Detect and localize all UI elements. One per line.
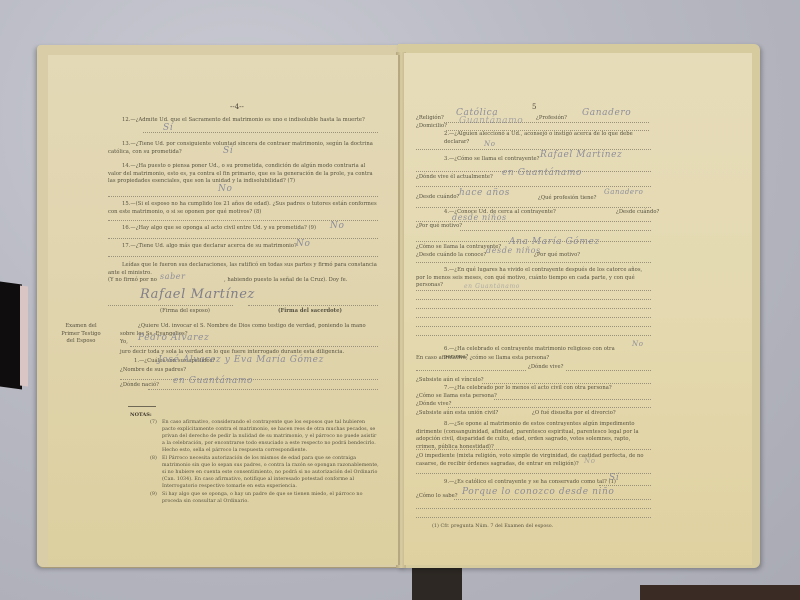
answer-line bbox=[416, 335, 651, 336]
question-5: 5.—¿En qué lugares ha vivido el contraye… bbox=[416, 267, 651, 290]
answer-line bbox=[416, 326, 651, 327]
since-label-2: ¿Desde cuándo? bbox=[616, 209, 659, 217]
impediment-answer: No bbox=[584, 457, 596, 465]
groom-signature: Rafael Martínez bbox=[140, 287, 255, 302]
answer-6: No bbox=[632, 340, 644, 348]
answer-line bbox=[448, 407, 651, 408]
bond-label: ¿Subsiste aún el vínculo? bbox=[416, 377, 484, 385]
answer-line bbox=[482, 383, 651, 384]
religion-label: ¿Religión? bbox=[416, 115, 444, 123]
question-17: 17.—¿Tiene Ud. algo más que declarar ace… bbox=[122, 243, 322, 251]
priest-signature-label: (Firma del sacerdote) bbox=[278, 308, 342, 316]
since-label: ¿Desde cuándo? bbox=[416, 194, 459, 202]
answer-line bbox=[108, 196, 378, 197]
birthplace-answer: en Guantánamo bbox=[173, 376, 253, 386]
civil-where-label: ¿Dónde vive? bbox=[416, 401, 451, 409]
answer-line bbox=[416, 449, 651, 450]
notes-title: NOTAS: bbox=[130, 412, 152, 418]
parents-answer: José Álvarez y Eva María Gómez bbox=[158, 355, 368, 366]
answer-line bbox=[416, 186, 651, 187]
answer-line bbox=[416, 317, 651, 318]
impediment-question: ¿O impediente (mixta religión, voto simp… bbox=[416, 453, 651, 468]
note-text: El Párroco necesita autorización de los … bbox=[162, 455, 380, 490]
residence-answer: en Guantánamo bbox=[502, 168, 582, 178]
closing-text-2: (Y no firmó por no bbox=[108, 277, 157, 285]
right-page: 5 ¿Religión? Católica ¿Profesión? Ganade… bbox=[404, 53, 752, 565]
answer-line bbox=[416, 370, 526, 371]
since-answer: hace años bbox=[459, 188, 510, 198]
parents-label: ¿Nombre de sus padres? bbox=[120, 367, 186, 375]
answer-line bbox=[108, 238, 378, 239]
why-label: ¿Por qué motivo? bbox=[534, 252, 580, 260]
answer-line bbox=[416, 207, 651, 208]
answer-2: No bbox=[484, 140, 496, 148]
how-know-answer: Porque lo conozco desde niño bbox=[462, 487, 652, 497]
know-since-label: ¿Desde cuándo la conoce? bbox=[416, 252, 486, 260]
note-mark: (9) bbox=[150, 491, 157, 499]
answer-9: Sí bbox=[609, 473, 619, 483]
closing-text: Leídas que le fueron sus declaraciones, … bbox=[108, 262, 378, 277]
profession-answer: Ganadero bbox=[582, 108, 631, 118]
domicile-answer: Guantánamo bbox=[459, 116, 523, 126]
domicile-label: ¿Domicilio? bbox=[416, 123, 447, 131]
question-3: 3.—¿Cómo se llama el contrayente? bbox=[444, 156, 540, 164]
question-9: 9.—¿Es católico el contrayente y se ha c… bbox=[444, 479, 616, 487]
civil-person-label: ¿Cómo se llama esta persona? bbox=[416, 393, 497, 401]
answer-line bbox=[130, 346, 378, 347]
binding-spine bbox=[412, 568, 462, 600]
answer-line bbox=[143, 132, 378, 133]
witness-name: Pedro Álvarez bbox=[138, 333, 209, 343]
note-text: Si hay algo que se oponga, o hay un padr… bbox=[162, 491, 380, 505]
divorce-label: ¿O fué disuelta por el divorcio? bbox=[532, 410, 616, 418]
civil-union-label: ¿Subsiste aún esta unión civil? bbox=[416, 410, 498, 418]
answer-line bbox=[416, 299, 651, 300]
answer-line bbox=[460, 230, 651, 231]
answer-line bbox=[416, 308, 651, 309]
dark-object bbox=[0, 281, 22, 389]
answer-line bbox=[148, 389, 378, 390]
know-since-answer: desde niños bbox=[486, 246, 541, 255]
person-name-label: En caso afirmativo, ¿cómo se llama esta … bbox=[416, 355, 549, 363]
answer-line bbox=[599, 485, 651, 486]
page-number: --4-- bbox=[230, 103, 244, 111]
answer-3: Rafael Martínez bbox=[540, 150, 622, 160]
answer-13: Sí bbox=[223, 146, 233, 156]
answer-14: No bbox=[218, 184, 233, 194]
how-know-label: ¿Cómo lo sabe? bbox=[416, 493, 458, 501]
answer-line bbox=[416, 508, 651, 509]
note-mark: (7) bbox=[150, 419, 157, 427]
signature-line bbox=[248, 305, 378, 306]
question-13: 13.—¿Tiene Ud. por consiguiente voluntad… bbox=[108, 141, 378, 156]
note-mark: (8) bbox=[150, 455, 157, 463]
job-label: ¿Qué profesión tiene? bbox=[538, 195, 597, 203]
answer-17: No bbox=[296, 239, 311, 249]
pink-edge bbox=[20, 285, 28, 386]
signature-line bbox=[108, 305, 233, 306]
left-page: --4-- 12.—¿Admite Ud. que el Sacramento … bbox=[48, 55, 400, 565]
question-2: 2.—¿Alguien aleccionó a Ud., aconsejó o … bbox=[444, 131, 654, 146]
answer-line bbox=[108, 256, 378, 257]
answer-line bbox=[416, 517, 651, 518]
question-14: 14.—¿Ha puesto o piensa poner Ud., o su … bbox=[108, 163, 378, 186]
reason-label: ¿Por qué motivo? bbox=[416, 223, 462, 231]
answer-line bbox=[416, 221, 651, 222]
answer-12: Sí bbox=[163, 123, 173, 133]
job-answer: Ganadero bbox=[604, 188, 643, 196]
answer-16: No bbox=[330, 221, 345, 231]
answer-line bbox=[566, 370, 651, 371]
answer-5: en Guantánamo bbox=[464, 283, 520, 290]
question-15: 15.—(Si el esposo no ha cumplido los 21 … bbox=[108, 201, 378, 216]
groom-signature-label: (Firma del esposo) bbox=[160, 308, 210, 316]
closing-text-3: , habiendo puesto la señal de la Cruz). … bbox=[224, 277, 384, 285]
question-7: 7.—¿Ha celebrado por lo menos el acto ci… bbox=[444, 385, 612, 393]
question-12: 12.—¿Admite Ud. que el Sacramento del ma… bbox=[108, 117, 378, 125]
answer-line bbox=[416, 262, 651, 263]
residence-label: ¿Dónde vive él actualmente? bbox=[416, 174, 493, 182]
answer-line bbox=[494, 399, 651, 400]
notes-rule bbox=[128, 406, 156, 407]
answer-line bbox=[416, 290, 651, 291]
table-edge bbox=[640, 585, 800, 600]
answer-line bbox=[454, 499, 651, 500]
note-text: En caso afirmativo, considerando el cont… bbox=[162, 419, 380, 454]
footnote: (1) Cfr. pregunta Núm. 7 del Examen del … bbox=[432, 523, 553, 531]
where-lives-label: ¿Dónde vive? bbox=[528, 364, 563, 372]
yo-label: Yo, bbox=[120, 339, 128, 347]
closing-answer: saber bbox=[160, 272, 186, 281]
witness-side-label: Examen del Primer Testigo del Esposo bbox=[58, 323, 104, 346]
question-8: 8.—¿Se opone al matrimonio de estos cont… bbox=[416, 421, 651, 451]
page-number: 5 bbox=[532, 103, 536, 111]
